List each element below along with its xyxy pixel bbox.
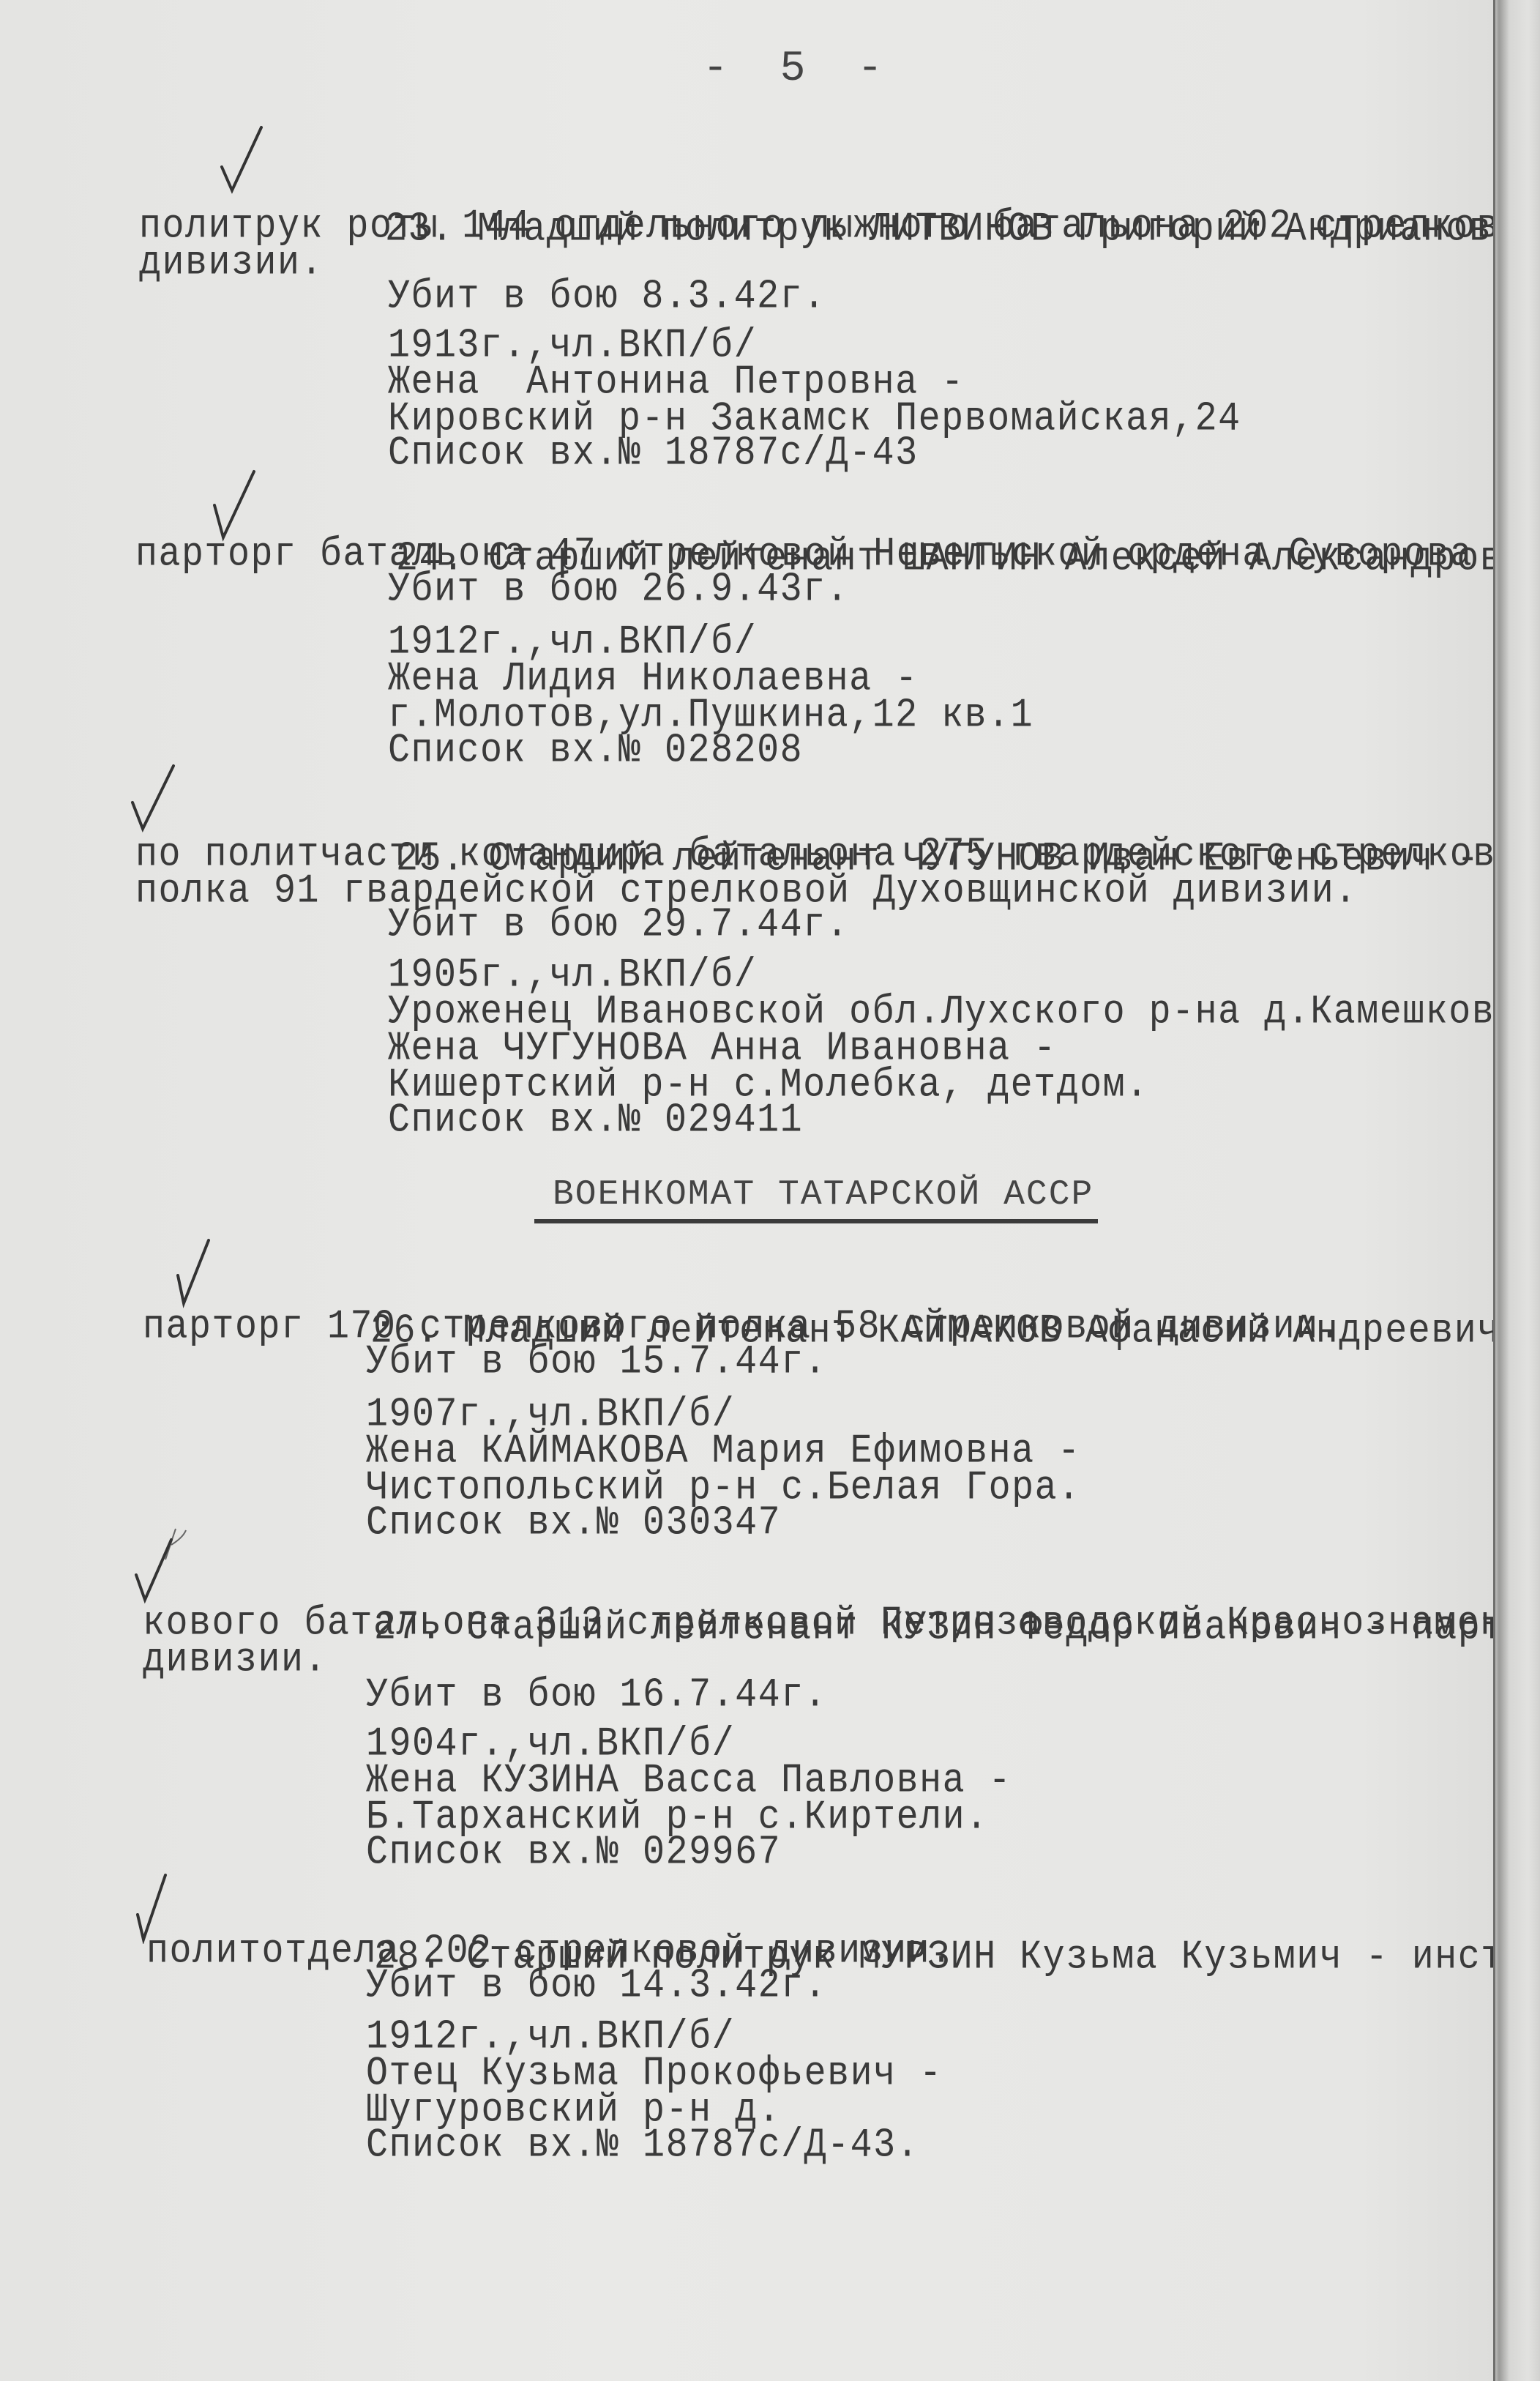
- document-page: - 5 - 23. Младший политрук ЛИТВИНОВ Григ…: [0, 0, 1508, 2381]
- checkmark-icon: [128, 761, 179, 835]
- entry-28-killed: Убит в бою 14.3.42г.: [366, 1966, 827, 2007]
- page-number: - 5 -: [703, 45, 896, 93]
- entry-23-line-2: политрук роты 144 отдельного лыжного бат…: [139, 206, 1540, 247]
- entry-23-line-3: дивизии.: [139, 243, 324, 284]
- entry-24-detail-4: Список вх.№ 028208: [388, 731, 803, 772]
- entry-24-killed: Убит в бою 26.9.43г.: [388, 570, 849, 611]
- entry-27-detail-4: Список вх.№ 029967: [366, 1833, 781, 1874]
- section-header: ВОЕНКОМАТ ТАТАРСКОЙ АССР: [553, 1175, 1094, 1215]
- page-binding-edge: [1493, 0, 1540, 2381]
- checkmark-icon: [172, 1237, 223, 1311]
- entry-27-killed: Убит в бою 16.7.44г.: [366, 1675, 827, 1716]
- entry-27-line-2: кового батальона 313 стрелковой Петрозав…: [143, 1603, 1540, 1644]
- entry-25-detail-5: Список вх.№ 029411: [388, 1100, 803, 1141]
- entry-23-killed: Убит в бою 8.3.42г.: [388, 277, 826, 318]
- entry-23-detail-4: Список вх.№ 18787с/Д-43: [388, 433, 919, 474]
- checkmark-icon: [216, 123, 267, 196]
- entry-26-killed: Убит в бою 15.7.44г.: [366, 1342, 827, 1383]
- entry-27-line-3: дивизии.: [143, 1640, 327, 1681]
- entry-25-killed: Убит в бою 29.7.44г.: [388, 905, 849, 946]
- section-underline: [534, 1219, 1098, 1223]
- entry-26-detail-4: Список вх.№ 030347: [366, 1503, 781, 1544]
- checkmark-icon: [130, 1534, 182, 1607]
- entry-28-detail-4: Список вх.№ 18787с/Д-43.: [366, 2125, 919, 2166]
